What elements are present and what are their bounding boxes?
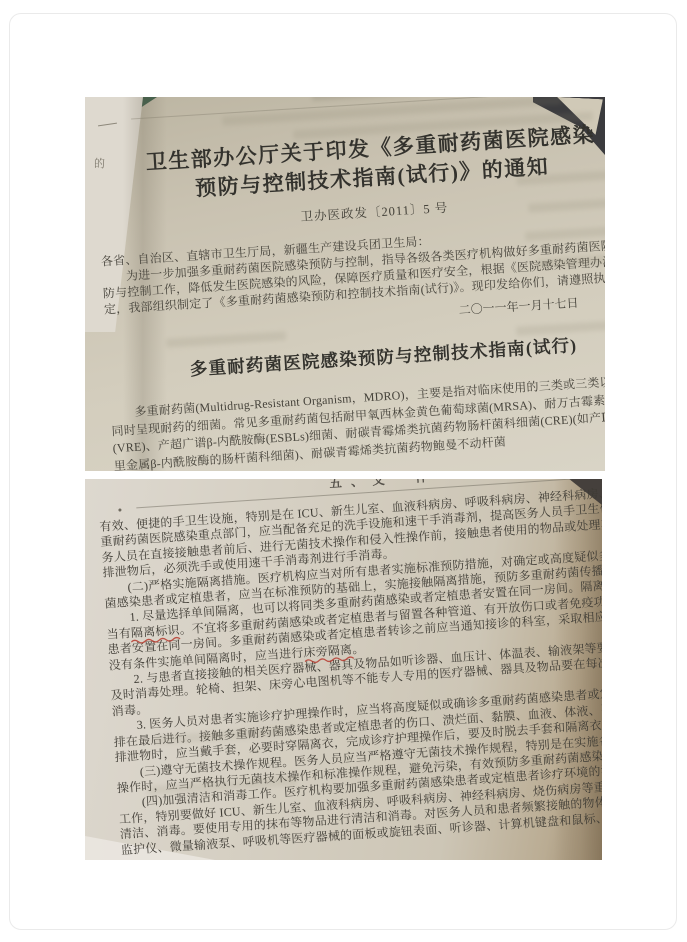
photo-notice-page: 的 卫生部办公厅关于印发《多重耐药菌医院感染 预防与控制技术指南(试行)》的通知… xyxy=(85,97,605,471)
photo-guide-page: 五、文 件 有效、便捷的手卫生设施，特别是在 ICU、新生儿室、血液科病房、呼吸… xyxy=(85,479,602,860)
guide-body-text: 有效、便捷的手卫生设施，特别是在 ICU、新生儿室、血液科病房、呼吸科病房、神经… xyxy=(99,480,602,858)
page-margin-dot xyxy=(118,508,121,511)
guide-page-content: 五、文 件 有效、便捷的手卫生设施，特别是在 ICU、新生儿室、血液科病房、呼吸… xyxy=(97,479,602,858)
guide-intro-paragraph: 多重耐药菌(Multidrug-Resistant Organism，MDRO)… xyxy=(110,371,605,471)
guide-title: 多重耐药菌医院感染预防与控制技术指南(试行) xyxy=(107,327,605,386)
notice-page-content: 卫生部办公厅关于印发《多重耐药菌医院感染 预防与控制技术指南(试行)》的通知 卫… xyxy=(91,97,605,471)
